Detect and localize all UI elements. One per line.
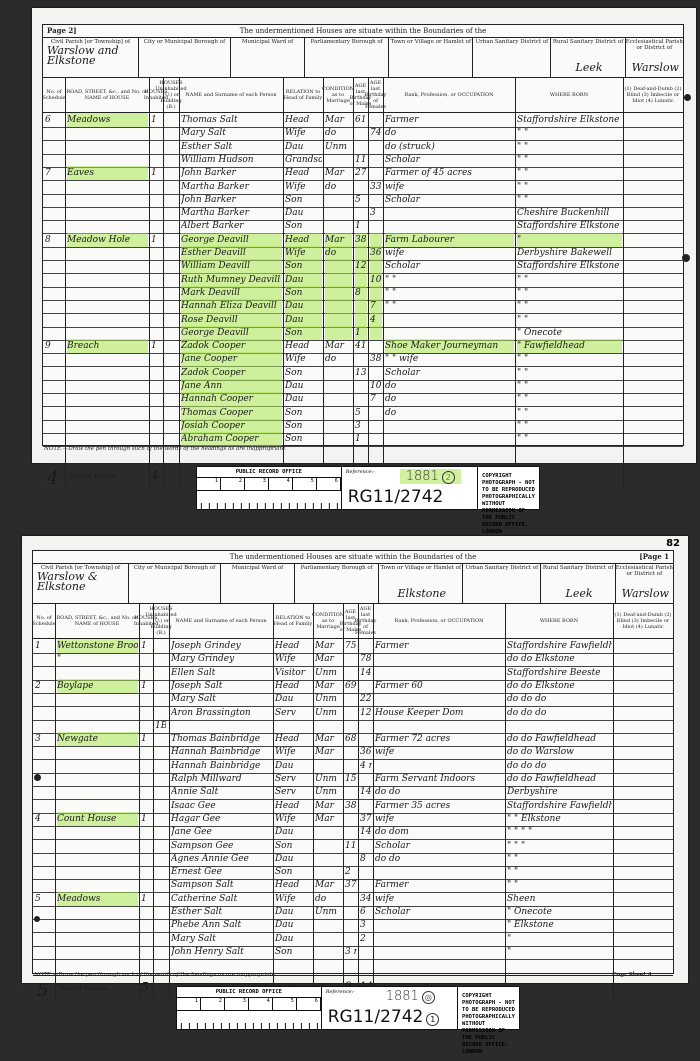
cell-schedule bbox=[45, 193, 64, 207]
cell-schedule bbox=[45, 273, 64, 287]
cell-age_m bbox=[355, 180, 367, 194]
census-year: 18812 bbox=[400, 469, 461, 484]
boundary-row: Civil Parish [or Township] ofWarslow and… bbox=[43, 37, 683, 78]
cell-schedule bbox=[35, 932, 54, 946]
cell-inhabited bbox=[141, 706, 152, 720]
cell-name: Martha Barker bbox=[181, 180, 282, 194]
cell-house: " bbox=[57, 652, 138, 666]
cell-name: Agnes Annie Gee bbox=[171, 852, 272, 866]
cell-age_f bbox=[370, 286, 382, 300]
cell-age_f: 74 bbox=[370, 126, 382, 140]
cell-relation: Son bbox=[285, 432, 322, 446]
column-header: Rank, Profession, or OCCUPATION bbox=[373, 604, 506, 638]
boundary-cell: Urban Sanitary District of bbox=[463, 563, 541, 603]
cell-occupation bbox=[375, 932, 504, 946]
cell-born: " bbox=[507, 932, 612, 946]
circled-number: 1 bbox=[426, 1013, 439, 1026]
cell-condition bbox=[315, 945, 342, 959]
cell-age_m bbox=[345, 812, 357, 826]
cell-schedule bbox=[35, 825, 54, 839]
cell-occupation: wife bbox=[385, 180, 514, 194]
table-row: Abraham CooperSon1" " bbox=[43, 432, 683, 447]
cell-house bbox=[67, 140, 148, 154]
cell-age_f bbox=[370, 233, 382, 247]
column-rule bbox=[65, 78, 66, 487]
cell-name: Mary Salt bbox=[171, 932, 272, 946]
cell-born: " " bbox=[517, 286, 622, 300]
cell-inhabited bbox=[141, 692, 152, 706]
cell-relation: Dau bbox=[275, 825, 312, 839]
cell-born: " " " bbox=[507, 839, 612, 853]
cell-inhabited bbox=[141, 799, 152, 813]
office-title: PUBLIC RECORD OFFICE bbox=[177, 987, 321, 998]
cell-condition: Unm bbox=[315, 706, 342, 720]
cell-inhabited bbox=[151, 286, 162, 300]
cell-name: Zadok Cooper bbox=[181, 366, 282, 380]
cell-name: George Deavill bbox=[181, 233, 282, 247]
cell-relation: Dau bbox=[275, 852, 312, 866]
cell-occupation: Farmer bbox=[385, 113, 514, 127]
boundary-row: Civil Parish [or Township] ofWarslow & E… bbox=[33, 563, 673, 604]
cell-age_m: 2 bbox=[345, 865, 357, 879]
column-header: No. of Schedule bbox=[33, 604, 56, 638]
cell-house bbox=[67, 193, 148, 207]
cell-inhabited: 1 bbox=[141, 812, 152, 826]
cell-relation: Dau bbox=[285, 379, 322, 393]
cell-age_f: 8 bbox=[360, 852, 372, 866]
cell-age_m bbox=[355, 273, 367, 287]
cell-condition bbox=[325, 219, 352, 233]
page-label: [Page 1 bbox=[639, 551, 669, 563]
boundary-cell: Municipal Ward of bbox=[221, 563, 295, 603]
cell-inhabited bbox=[151, 313, 162, 327]
cell-name: Ruth Mumney Deavill bbox=[181, 273, 282, 287]
cell-house: Eaves bbox=[67, 166, 148, 180]
cell-inhabited bbox=[141, 785, 152, 799]
cell-condition bbox=[325, 392, 352, 406]
cell-age_m bbox=[345, 719, 357, 733]
cell-relation: Son bbox=[285, 193, 322, 207]
cell-house bbox=[57, 706, 138, 720]
cell-schedule bbox=[45, 352, 64, 366]
cell-born: " " Elkstone bbox=[507, 812, 612, 826]
cell-condition: do bbox=[315, 892, 342, 906]
cell-occupation: Farmer 72 acres bbox=[375, 732, 504, 746]
cell-house bbox=[67, 180, 148, 194]
cell-name: John Henry Salt bbox=[171, 945, 272, 959]
cell-relation bbox=[275, 719, 312, 733]
cell-schedule: 1 bbox=[35, 639, 54, 653]
cell-house bbox=[67, 392, 148, 406]
cell-age_f: 4 bbox=[370, 313, 382, 327]
cell-name: Sampson Salt bbox=[171, 878, 272, 892]
cell-relation: Serv bbox=[275, 785, 312, 799]
boundary-cell: Ecclesiastical Parish or District ofWars… bbox=[616, 563, 673, 603]
ink-blot bbox=[684, 94, 691, 101]
ruler-number: 4 bbox=[249, 998, 273, 1010]
cell-inhabited: 1 bbox=[141, 679, 152, 693]
column-rule bbox=[55, 604, 56, 999]
cell-relation: Wife bbox=[285, 352, 322, 366]
cell-born: Staffordshire Beeste bbox=[507, 666, 612, 680]
cell-inhabited bbox=[151, 366, 162, 380]
cell-age_m bbox=[345, 759, 357, 773]
boundary-cell: Civil Parish [or Township] ofWarslow and… bbox=[43, 37, 139, 77]
cell-relation: Son bbox=[285, 406, 322, 420]
cell-name: Hannah Bainbridge bbox=[171, 745, 272, 759]
cell-inhabited bbox=[151, 193, 162, 207]
column-rule bbox=[623, 78, 624, 487]
cell-condition: Mar bbox=[325, 233, 352, 247]
cell-condition bbox=[325, 153, 352, 167]
boundary-cell: Municipal Ward of bbox=[231, 37, 305, 77]
cell-age_f bbox=[370, 259, 382, 273]
cell-occupation: House Keeper Dom bbox=[375, 706, 504, 720]
cell-inhabited bbox=[151, 392, 162, 406]
cell-age_m: 38 bbox=[345, 799, 357, 813]
cell-schedule bbox=[35, 799, 54, 813]
column-rule bbox=[273, 604, 274, 999]
cell-house bbox=[67, 379, 148, 393]
cell-age_m: 13 bbox=[355, 366, 367, 380]
cell-condition: Mar bbox=[325, 339, 352, 353]
column-rule bbox=[613, 604, 614, 999]
cell-inhabited: 1 bbox=[141, 732, 152, 746]
note-text: NOTE.—Draw the pen through such of the w… bbox=[44, 446, 287, 452]
column-rule bbox=[313, 604, 314, 999]
cell-occupation: Scholar bbox=[385, 366, 514, 380]
census-form-1: Page 2] The undermentioned Houses are si… bbox=[42, 24, 684, 446]
cell-relation: Dau bbox=[275, 692, 312, 706]
column-rule bbox=[283, 78, 284, 487]
cell-relation: Wife bbox=[275, 812, 312, 826]
cell-condition bbox=[325, 406, 352, 420]
ruler bbox=[197, 491, 341, 509]
cell-occupation: do dom bbox=[375, 825, 504, 839]
cell-relation: Serv bbox=[275, 706, 312, 720]
cell-occupation: wife bbox=[375, 745, 504, 759]
cell-schedule bbox=[35, 652, 54, 666]
cell-schedule bbox=[35, 852, 54, 866]
cell-inhabited bbox=[141, 839, 152, 853]
cell-born: " " bbox=[517, 140, 622, 154]
cell-age_f bbox=[370, 432, 382, 446]
cell-schedule bbox=[45, 206, 64, 220]
cell-born: " " bbox=[517, 313, 622, 327]
cell-inhabited bbox=[151, 219, 162, 233]
cell-house bbox=[57, 932, 138, 946]
cell-occupation bbox=[375, 918, 504, 932]
cell-age_m: 3 mo bbox=[345, 945, 357, 959]
cell-born: do do do bbox=[507, 692, 612, 706]
cell-age_m: 41 bbox=[355, 339, 367, 353]
cell-age_m bbox=[345, 666, 357, 680]
cell-inhabited bbox=[151, 432, 162, 446]
ink-blot bbox=[682, 254, 690, 262]
cell-inhabited bbox=[141, 772, 152, 786]
cell-relation: Wife bbox=[275, 892, 312, 906]
copyright-notice: COPYRIGHT PHOTOGRAPH - NOT TO BE REPRODU… bbox=[478, 467, 539, 509]
ruler-number: 1 bbox=[197, 478, 221, 490]
cell-house bbox=[67, 246, 148, 260]
column-headers: No. of ScheduleROAD, STREET, &c., and No… bbox=[33, 604, 673, 639]
cell-inhabited: 1 bbox=[141, 892, 152, 906]
cell-age_f: 36 bbox=[370, 246, 382, 260]
cell-occupation: " " wife bbox=[385, 352, 514, 366]
cell-born: " " bbox=[517, 299, 622, 313]
cell-inhabited bbox=[141, 918, 152, 932]
cell-name: Sampson Gee bbox=[171, 839, 272, 853]
cell-condition: Unm bbox=[315, 785, 342, 799]
cell-condition: do bbox=[325, 246, 352, 260]
cell-born: do do Warslow bbox=[507, 745, 612, 759]
cell-occupation: do bbox=[385, 392, 514, 406]
reference-label: Reference:- bbox=[346, 469, 375, 475]
cell-inhabited: 1B bbox=[155, 719, 166, 733]
cell-condition bbox=[325, 299, 352, 313]
cell-condition bbox=[325, 432, 352, 446]
cell-schedule bbox=[45, 366, 64, 380]
cell-occupation: Shoe Maker Journeyman bbox=[385, 339, 514, 353]
cell-age_m bbox=[355, 352, 367, 366]
cell-relation: Son bbox=[285, 419, 322, 433]
reference-label-2: PUBLIC RECORD OFFICE 123456 Reference:- … bbox=[176, 986, 520, 1030]
cell-inhabited bbox=[141, 852, 152, 866]
boundary-cell: Rural Sanitary District ofLeek bbox=[551, 37, 625, 77]
cell-age_f bbox=[360, 639, 372, 653]
cell-schedule: 2 bbox=[35, 679, 54, 693]
cell-occupation: " " bbox=[385, 286, 514, 300]
cell-born: Staffordshire Elkstone bbox=[517, 219, 622, 233]
cell-age_m bbox=[355, 246, 367, 260]
cell-condition: Unm bbox=[315, 772, 342, 786]
cell-occupation: Farm Servant Indoors bbox=[375, 772, 504, 786]
sheet-mark: Eng- Sheet A. bbox=[612, 972, 654, 978]
cell-occupation: do bbox=[385, 406, 514, 420]
cell-name: Jane Cooper bbox=[181, 352, 282, 366]
cell-age_f bbox=[370, 339, 382, 353]
cell-name: John Barker bbox=[181, 193, 282, 207]
cell-age_f: 33 bbox=[370, 180, 382, 194]
cell-condition bbox=[315, 865, 342, 879]
cell-condition: Unm bbox=[315, 692, 342, 706]
cell-occupation: " " bbox=[385, 299, 514, 313]
cell-occupation bbox=[375, 945, 504, 959]
cell-occupation bbox=[375, 759, 504, 773]
cell-house bbox=[57, 785, 138, 799]
cell-relation: Dau bbox=[285, 273, 322, 287]
cell-age_f bbox=[360, 839, 372, 853]
cell-schedule bbox=[35, 785, 54, 799]
cell-age_m: 1 bbox=[355, 326, 367, 340]
cell-house bbox=[57, 878, 138, 892]
cell-house bbox=[67, 286, 148, 300]
cell-house: Wettonstone Brook bbox=[57, 639, 138, 653]
cell-house bbox=[57, 692, 138, 706]
cell-age_f bbox=[370, 219, 382, 233]
cell-relation: Dau bbox=[285, 313, 322, 327]
cell-name: Thomas Cooper bbox=[181, 406, 282, 420]
cell-house bbox=[67, 259, 148, 273]
cell-schedule bbox=[35, 745, 54, 759]
cell-schedule bbox=[35, 759, 54, 773]
cell-house bbox=[57, 759, 138, 773]
cell-schedule bbox=[45, 140, 64, 154]
cell-born: " Onecote bbox=[517, 326, 622, 340]
column-rule bbox=[179, 78, 180, 487]
cell-age_m bbox=[345, 825, 357, 839]
cell-relation: Wife bbox=[285, 126, 322, 140]
cell-name: George Deavill bbox=[181, 326, 282, 340]
cell-age_f bbox=[370, 140, 382, 154]
cell-schedule bbox=[45, 126, 64, 140]
cell-schedule bbox=[45, 299, 64, 313]
cell-occupation: do bbox=[385, 379, 514, 393]
column-header: (1) Deaf-and-Dumb (2) Blind (3) Imbecile… bbox=[613, 604, 674, 638]
cell-relation: Son bbox=[275, 865, 312, 879]
cell-condition bbox=[325, 259, 352, 273]
cell-age_f: 4 mo bbox=[360, 759, 372, 773]
cell-inhabited bbox=[141, 666, 152, 680]
cell-relation: Visitor bbox=[275, 666, 312, 680]
cell-schedule bbox=[35, 666, 54, 680]
cell-born: " " bbox=[517, 419, 622, 433]
cell-condition bbox=[325, 273, 352, 287]
column-header: AGE last Birthday of Females bbox=[358, 604, 374, 638]
cell-house bbox=[67, 299, 148, 313]
column-rule bbox=[139, 604, 140, 999]
cell-name: Catherine Salt bbox=[171, 892, 272, 906]
cell-age_m bbox=[345, 932, 357, 946]
circled-mark: ◎ bbox=[422, 991, 435, 1004]
cell-occupation: do do bbox=[375, 852, 504, 866]
cell-age_f: 34 bbox=[360, 892, 372, 906]
cell-occupation bbox=[385, 219, 514, 233]
reference-number: RG11/27421 bbox=[328, 1007, 440, 1027]
boundary-cell: Civil Parish [or Township] ofWarslow & E… bbox=[33, 563, 129, 603]
cell-occupation: Scholar bbox=[375, 839, 504, 853]
boundary-cell: City or Municipal Borough of bbox=[129, 563, 221, 603]
column-header: HOUSES Uninhabited (U.) or Building (B.) bbox=[153, 604, 170, 638]
census-page-1: Page 2] The undermentioned Houses are si… bbox=[32, 8, 696, 463]
cell-age_f bbox=[360, 719, 372, 733]
cell-born: " " bbox=[517, 406, 622, 420]
cell-age_f: 14 bbox=[360, 785, 372, 799]
cell-name: William Hudson bbox=[181, 153, 282, 167]
cell-born: do do Fawfieldhead bbox=[507, 732, 612, 746]
cell-born: " " " " bbox=[507, 825, 612, 839]
ink-blot bbox=[34, 916, 40, 922]
reference-box: Reference:- 18812 RG11/2742 bbox=[342, 467, 478, 509]
cell-occupation bbox=[385, 326, 514, 340]
cell-relation: Serv bbox=[275, 772, 312, 786]
cell-age_f bbox=[370, 153, 382, 167]
boundary-value: Warslow bbox=[620, 587, 671, 600]
ruler-number: 4 bbox=[269, 478, 293, 490]
cell-occupation: Scholar bbox=[375, 905, 504, 919]
column-header: Rank, Profession, or OCCUPATION bbox=[383, 78, 516, 112]
header-text: The undermentioned Houses are situate wi… bbox=[230, 553, 477, 561]
cell-house: Newgate bbox=[57, 732, 138, 746]
cell-house: Meadows bbox=[67, 113, 148, 127]
cell-age_f: 36 bbox=[360, 745, 372, 759]
cell-age_m bbox=[345, 706, 357, 720]
cell-age_f bbox=[360, 799, 372, 813]
column-rule bbox=[353, 78, 354, 487]
cell-schedule bbox=[35, 706, 54, 720]
cell-age_f bbox=[360, 772, 372, 786]
cell-schedule: 9 bbox=[45, 339, 64, 353]
cell-condition: Mar bbox=[315, 732, 342, 746]
cell-relation: Son bbox=[285, 259, 322, 273]
cell-age_f: 2 bbox=[360, 932, 372, 946]
cell-condition: Unm bbox=[325, 140, 352, 154]
cell-relation: Wife bbox=[275, 745, 312, 759]
cell-age_m bbox=[345, 918, 357, 932]
cell-house: Breach bbox=[67, 339, 148, 353]
cell-house bbox=[57, 852, 138, 866]
ruler-number: 2 bbox=[201, 998, 225, 1010]
cell-occupation bbox=[385, 419, 514, 433]
cell-house bbox=[67, 406, 148, 420]
cell-born: " " bbox=[507, 865, 612, 879]
cell-occupation: Farmer of 45 acres bbox=[385, 166, 514, 180]
total-schedules: 4 bbox=[47, 468, 58, 490]
cell-schedule bbox=[45, 379, 64, 393]
cell-age_m bbox=[355, 126, 367, 140]
column-header: HOUSES Uninhabited (U.) or Building (B.) bbox=[163, 78, 180, 112]
cell-born: " " bbox=[517, 379, 622, 393]
cell-name: Mary Grindey bbox=[171, 652, 272, 666]
cell-age_m bbox=[345, 785, 357, 799]
cell-relation: Dau bbox=[285, 392, 322, 406]
cell-name: Esther Deavill bbox=[181, 246, 282, 260]
cell-schedule bbox=[45, 419, 64, 433]
cell-house bbox=[67, 419, 148, 433]
cell-name: Mark Deavill bbox=[181, 286, 282, 300]
cell-schedule bbox=[45, 286, 64, 300]
cell-age_m: 75 bbox=[345, 639, 357, 653]
cell-age_m: 1 bbox=[355, 432, 367, 446]
cell-age_f bbox=[370, 166, 382, 180]
cell-schedule bbox=[45, 246, 64, 260]
cell-schedule bbox=[45, 259, 64, 273]
cell-name: Rose Deavill bbox=[181, 313, 282, 327]
cell-age_f: 6 bbox=[360, 905, 372, 919]
cell-name: Mary Salt bbox=[181, 126, 282, 140]
cell-schedule bbox=[45, 153, 64, 167]
cell-house bbox=[57, 666, 138, 680]
ruler-number: 5 bbox=[293, 478, 317, 490]
circled-number: 2 bbox=[442, 471, 455, 484]
column-rule bbox=[368, 78, 369, 487]
cell-inhabited bbox=[151, 273, 162, 287]
folio-number: 82 bbox=[666, 538, 680, 549]
boundary-value: Leek bbox=[545, 587, 612, 600]
cell-schedule: 8 bbox=[45, 233, 64, 247]
cell-age_m: 68 bbox=[345, 732, 357, 746]
cell-condition bbox=[315, 839, 342, 853]
column-header: NAME and Surname of each Person bbox=[169, 604, 274, 638]
column-rule bbox=[323, 78, 324, 487]
column-rule bbox=[343, 604, 344, 999]
cell-occupation bbox=[375, 692, 504, 706]
cell-born: do do do bbox=[507, 759, 612, 773]
cell-house bbox=[57, 745, 138, 759]
cell-age_f: 37 bbox=[360, 812, 372, 826]
reference-box: Reference:- 1881◎ RG11/27421 bbox=[322, 987, 458, 1029]
table-row: John Henry SaltSon3 mo" bbox=[33, 945, 673, 960]
